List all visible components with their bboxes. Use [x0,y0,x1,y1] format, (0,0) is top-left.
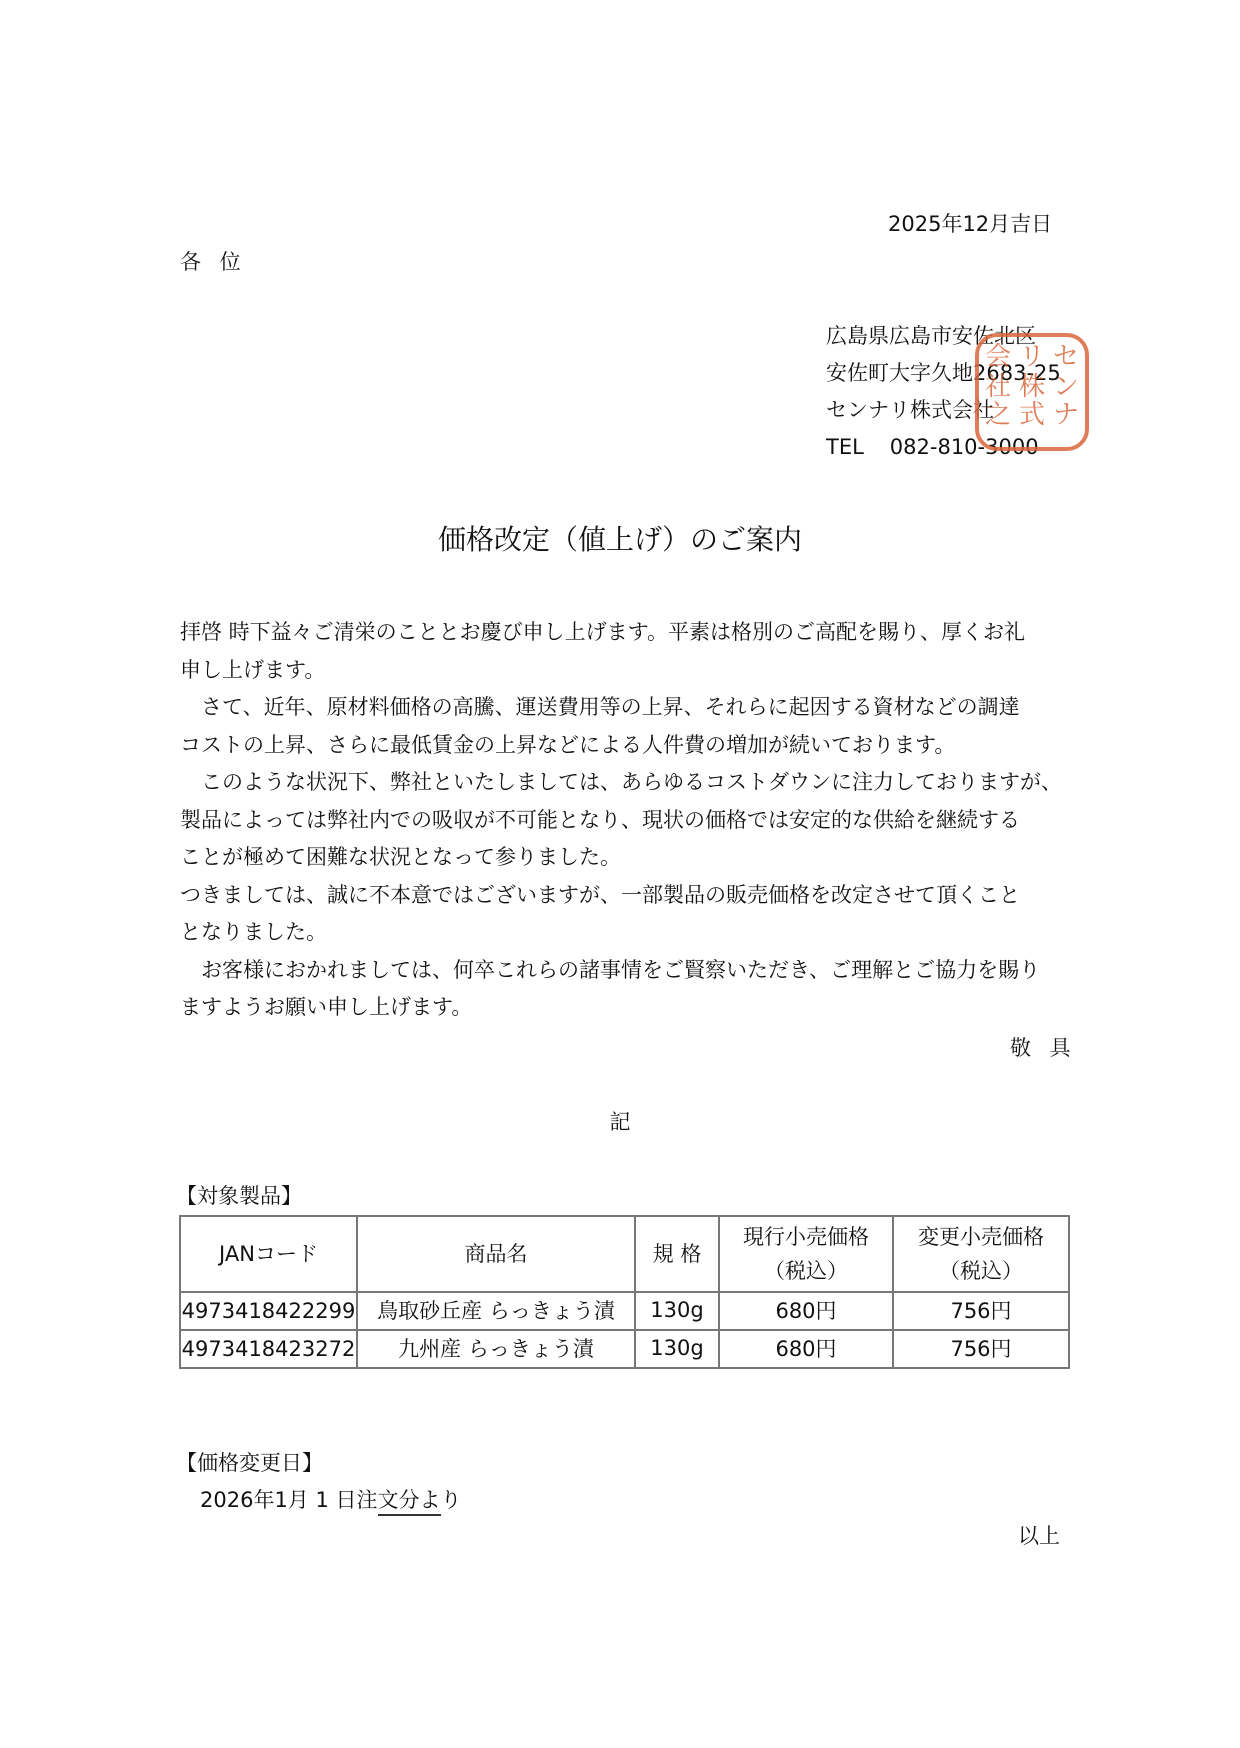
change-date-suffix: り [441,1488,462,1512]
cell-size: 130g [635,1330,719,1368]
header-size: 規 格 [635,1216,719,1292]
body-line: コストの上昇、さらに最低賃金の上昇などによる人件費の増加が続いております。 [180,727,1100,765]
body-line: 拝啓 時下益々ご清栄のこととお慶び申し上げます。平素は格別のご高配を賜り、厚くお… [180,614,1100,652]
header-new-price-line1: 変更小売価格 [894,1220,1068,1254]
body-line: このような状況下、弊社といたしましては、あらゆるコストダウンに注力しておりますが… [180,764,1100,802]
cell-current-price: 680円 [719,1330,893,1368]
header-name: 商品名 [357,1216,635,1292]
table-row: 4973418422299 鳥取砂丘産 らっきょう漬 130g 680円 756… [180,1292,1069,1330]
seal-char: 社 [985,373,1011,401]
cell-name: 九州産 らっきょう漬 [357,1330,635,1368]
change-date-prefix: 2026年1月 1 日注 [200,1488,378,1512]
document-title: 価格改定（値上げ）のご案内 [0,518,1240,558]
change-date: 2026年1月 1 日注文分より [200,1484,462,1514]
table-header-row: JANコード 商品名 規 格 現行小売価格 （税込） 変更小売価格 （税込） [180,1216,1069,1292]
body-line: さて、近年、原材料価格の高騰、運送費用等の上昇、それらに起因する資材などの調達 [180,689,1100,727]
body-line: つきましては、誠に不本意ではございますが、一部製品の販売価格を改定させて頂くこと [180,877,1100,915]
body-line: ことが極めて困難な状況となって参りました。 [180,839,1100,877]
header-jan: JANコード [180,1216,357,1292]
company-seal-icon: セ ン ナ リ 株 式 会 社 之 [975,333,1089,451]
cell-size: 130g [635,1292,719,1330]
table-row: 4973418423272 九州産 らっきょう漬 130g 680円 756円 [180,1330,1069,1368]
issue-date: 2025年12月吉日 [888,208,1052,238]
letter-body: 拝啓 時下益々ご清栄のこととお慶び申し上げます。平素は格別のご高配を賜り、厚くお… [180,614,1100,1027]
seal-char: 株 [1019,373,1045,401]
seal-char: 之 [985,401,1011,429]
cell-jan: 4973418422299 [180,1292,357,1330]
seal-char: セ [1053,343,1079,371]
ki-heading: 記 [0,1106,1240,1136]
products-table: JANコード 商品名 規 格 現行小売価格 （税込） 変更小売価格 （税込） 4… [179,1215,1070,1369]
cell-current-price: 680円 [719,1292,893,1330]
seal-char: 式 [1019,401,1045,429]
header-new-price-line2: （税込） [894,1254,1068,1288]
cell-name: 鳥取砂丘産 らっきょう漬 [357,1292,635,1330]
seal-char: ナ [1053,401,1079,429]
seal-char: リ [1019,343,1045,371]
seal-char: ン [1053,373,1079,401]
body-line: 申し上げます。 [180,652,1100,690]
body-line: ますようお願い申し上げます。 [180,989,1100,1027]
header-current-price-line1: 現行小売価格 [720,1220,892,1254]
end-mark: 以上 [1018,1520,1060,1550]
header-new-price: 変更小売価格 （税込） [893,1216,1069,1292]
tel-label: TEL [826,435,864,459]
addressee: 各 位 [180,246,247,276]
cell-new-price: 756円 [893,1292,1069,1330]
header-current-price-line2: （税込） [720,1254,892,1288]
cell-jan: 4973418423272 [180,1330,357,1368]
products-heading: 【対象製品】 [176,1180,302,1210]
change-date-underlined: 文分よ [378,1488,441,1516]
header-current-price: 現行小売価格 （税込） [719,1216,893,1292]
body-line: お客様におかれましては、何卒これらの諸事情をご賢察いただき、ご理解とご協力を賜り [180,952,1100,990]
body-line: となりました。 [180,914,1100,952]
cell-new-price: 756円 [893,1330,1069,1368]
seal-char: 会 [985,343,1011,371]
body-line: 製品によっては弊社内での吸収が不可能となり、現状の価格では安定的な供給を継続する [180,802,1100,840]
change-date-heading: 【価格変更日】 [176,1447,323,1477]
closing-keigu: 敬 具 [1010,1032,1077,1062]
